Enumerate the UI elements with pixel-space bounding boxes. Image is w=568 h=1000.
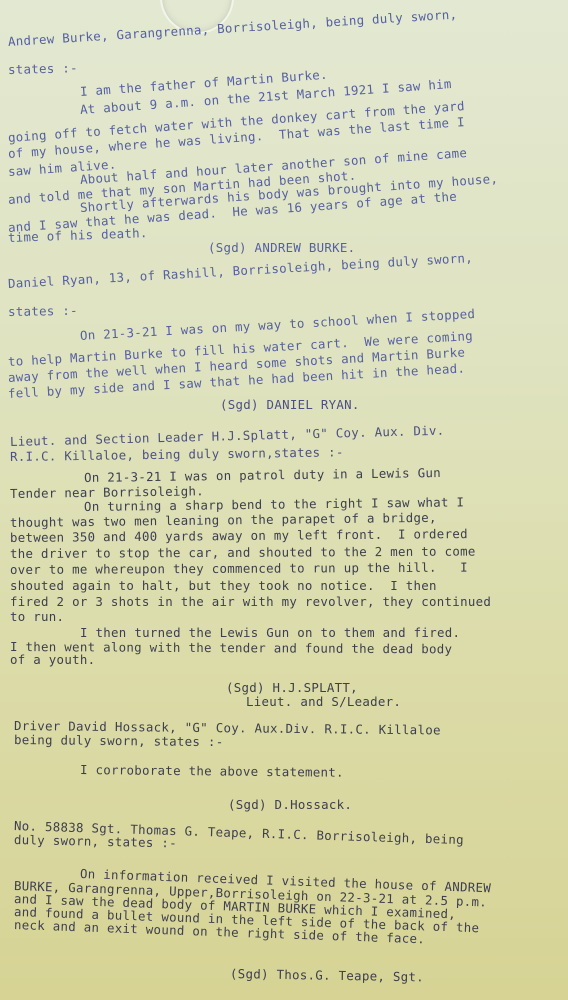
statement-1-intro: states :- [8, 60, 78, 77]
statement-2-intro: Daniel Ryan, 13, of Rashill, Borrisoleig… [8, 250, 474, 291]
statement-4-intro: being duly sworn, states :- [14, 732, 224, 749]
statement-5-intro: duly sworn, states :- [14, 832, 177, 850]
statement-3-body: the driver to stop the car, and shouted … [10, 544, 476, 561]
statement-1-intro: Andrew Burke, Garangrenna, Borrisoleigh,… [8, 7, 458, 49]
statement-3-body: between 350 and 400 yards away on my lef… [10, 526, 468, 545]
statement-3-body: I then turned the Lewis Gun on to them a… [80, 625, 460, 640]
statement-3-body: On 21-3-21 I was on patrol duty in a Lew… [84, 465, 441, 485]
statement-3-body: to run. [10, 609, 64, 624]
signature-andrew-burke: (Sgd) ANDREW BURKE. [208, 240, 355, 255]
statement-3-body: fired 2 or 3 shots in the air with my re… [10, 594, 491, 609]
signature-splatt-rank: Lieut. and S/Leader. [246, 694, 401, 709]
statement-3-body: shouted again to halt, but they took no … [10, 578, 437, 593]
statement-3-body: of a youth. [10, 652, 95, 667]
signature-daniel-ryan: (Sgd) DANIEL RYAN. [220, 397, 360, 412]
signature-hossack: (Sgd) D.Hossack. [228, 797, 352, 812]
statement-4-body: I corroborate the above statement. [80, 762, 344, 780]
signature-teape: (Sgd) Thos.G. Teape, Sgt. [230, 966, 424, 984]
statement-2-intro: states :- [8, 303, 78, 319]
signature-splatt: (Sgd) H.J.SPLATT, [226, 680, 358, 695]
statement-3-body: over to me whereupon they commenced to r… [10, 560, 468, 577]
